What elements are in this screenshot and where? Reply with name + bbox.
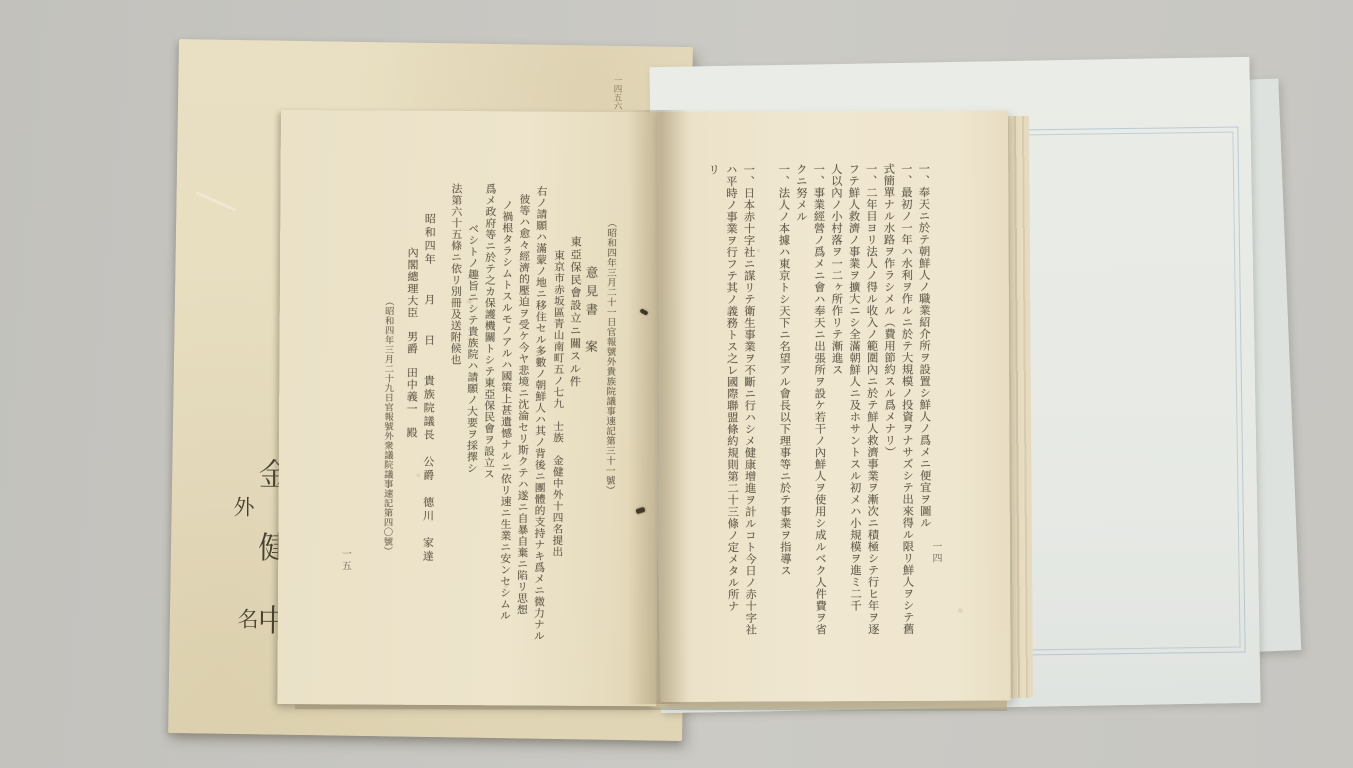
text-column: 一、二年目ヨリ法人ノ得ル收入ノ範圍內ニ於テ鮮人救濟事業ヲ漸次ニ積極シテ行ヒ年ヲ逐 [861, 159, 881, 635]
text-column: クニ努メル [791, 159, 809, 222]
text-column: 一、事業經營ノ爲メニ會ハ奉天ニ出張所ヲ設ケ若干ノ內鮮人ヲ使用シ成ルベク人件費ヲ省 [809, 159, 829, 635]
foxing-spot [416, 473, 421, 478]
blue-ruled-frame-inner [1023, 132, 1240, 651]
text-column: 式簡單ナル水路ヲ作ラシメル（費用節約スル爲メナリ） [879, 159, 898, 458]
folder-handwritten-char-soto: 外 [228, 496, 258, 517]
text-column: ハ平時ノ事業ヲ行フテ其ノ義務トス之レ國際聯盟條約規則第二十三條ノ定メタル所ナ [721, 160, 740, 612]
foxing-spot [957, 607, 964, 614]
right-page-text-block: 一、奉天ニ於テ朝鮮人ノ職業紹介所ヲ設置シ鮮人ノ爲メニ便宜ヲ圖ル 一、最初ノ一年ハ… [704, 159, 934, 650]
text-column: 人以內ノ小村落ヲ一二ヶ所作リテ漸進ス [826, 159, 844, 375]
left-page-number: 一五 [337, 548, 352, 572]
text-column-title: 意見書 案 [582, 180, 600, 359]
booklet-gutter-shadow [628, 110, 688, 704]
foxing-spot [873, 478, 879, 484]
text-column: 一、法人ノ本據ハ東京トシ天下ニ名望アル會長以下理事等ニ於テ事業ヲ指導ス [774, 159, 793, 576]
text-column: 一、最初ノ一年ハ水利ヲ作ルニ於テ大規模ノ投資ヲナサズシテ出來得ル限リ鮮人ヲシテ舊 [896, 159, 916, 635]
text-column: 一、奉天ニ於テ朝鮮人ノ職業紹介所ヲ設置シ鮮人ノ爲メニ便宜ヲ圖ル [914, 159, 933, 529]
text-column: 爲メ政府等ニ於テ之カ保護機關トシテ東亞保民會ヲ設立ス [480, 179, 499, 480]
text-column: フテ鮮人救濟ノ事業ヲ擴大ニシ全滿朝鮮人ニ及ホサントスル初メハ小規模ヲ進ミ二千 [844, 159, 863, 611]
booklet-left-page: （昭和四年三月二十一日官報號外貴族院議事速記第三十一號） 意見書 案 東亞保民會… [277, 110, 660, 706]
foxing-spot [756, 248, 761, 253]
text-column-addressee: 內閣總理大臣 男爵 田中義一 殿 [402, 179, 421, 439]
text-column-date-signature: 昭和四年 月 日 貴族院議長 公爵 德川 家達 [418, 179, 437, 564]
text-column: 東京市赤坂區青山南町五ノ七九 士族 金健中外十四名提出 [547, 180, 566, 558]
text-column: リ [704, 160, 722, 176]
text-column: （昭和四年三月二十一日官報號外貴族院議事速記第三十一號） [599, 180, 618, 495]
folder-handwritten-char-mei: 名 [232, 608, 262, 629]
text-column: （昭和四年三月二十九日官報號外衆議院議事速記第四〇號） [376, 179, 395, 556]
text-column: 一、日本赤十字社ニ謀リテ衛生事業ヲ不斷ニ行ハシメ健康增進ヲ計ルコト今日ノ赤十字社 [739, 160, 759, 636]
text-column: 法第六十五條ニ依リ別冊及送附候也 [446, 179, 464, 366]
text-column: ベシトノ趣旨ニシテ貴族院ハ請願ノ大要ヲ採擇シ [463, 179, 482, 474]
left-page-text-block: （昭和四年三月二十一日官報號外貴族院議事速記第三十一號） 意見書 案 東亞保民會… [376, 179, 618, 655]
text-column: 右ノ請願ハ滿蒙ノ地ニ移住セル多數ノ朝鮮人ハ其ノ背後ニ團體的支持ナキ爲メニ微力ナル [530, 180, 550, 642]
right-page-number: 一四 [928, 541, 943, 565]
foxing-spot [466, 298, 473, 305]
foxing-spot [503, 583, 509, 589]
